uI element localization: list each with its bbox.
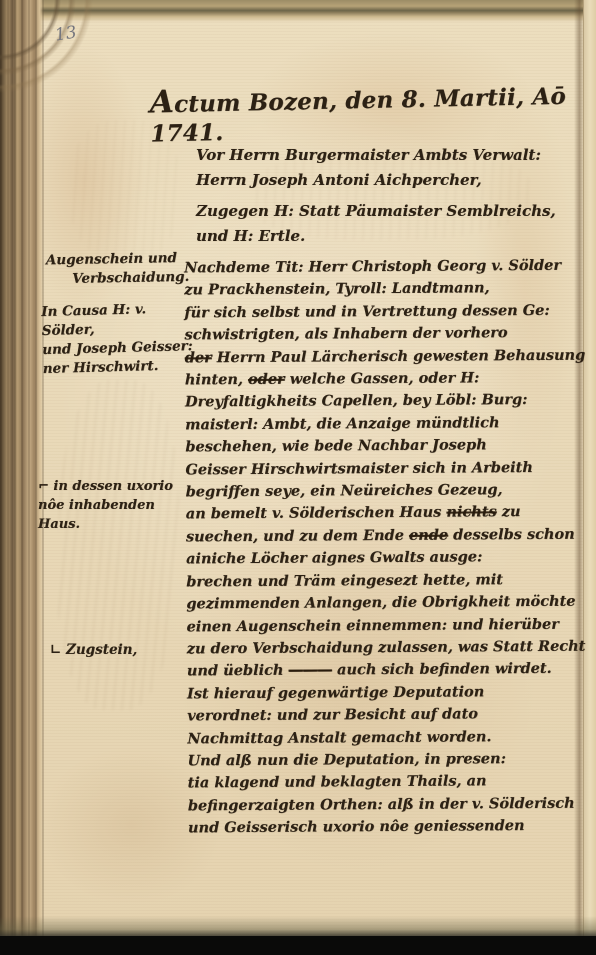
body-line-text: und üeblich [187, 662, 289, 680]
manuscript-scan: 13 Actum Bozen, den 8. Martii, Aō 1741. … [0, 0, 596, 955]
body-line: suechen, und zu dem Ende ende desselbs s… [186, 523, 586, 548]
present-line: Herrn Joseph Antoni Aichpercher, [196, 168, 586, 193]
stacked-page-corners [0, 0, 120, 120]
body-line: an bemelt v. Sölderischen Haus nichts zu [186, 501, 586, 526]
heading-initial: A [149, 84, 174, 121]
body-line: Nachdeme Tit: Herr Christoph Georg v. Sö… [184, 255, 584, 280]
body-line-text: an bemelt v. Sölderischen Haus [186, 504, 447, 523]
body-line: befingerzaigten Orthen: alß in der v. Sö… [188, 792, 588, 817]
body-line: verordnet: und zur Besicht auf dato [187, 703, 587, 728]
body-line: und Geisserisch uxorio nôe geniessenden [188, 815, 588, 840]
present-line: Zugegen H: Statt Päumaister Semblreichs, [196, 199, 586, 224]
margin-note: Augenschein und Verbschaidung. [46, 249, 202, 290]
present-line: Vor Herrn Burgermaister Ambts Verwalt: [196, 143, 586, 168]
body-line: und üeblich ——— auch sich befinden wirde… [187, 658, 587, 683]
margin-note-line: Haus. [38, 515, 193, 534]
deleted-word: oder [248, 371, 285, 388]
body-line: maisterl: Ambt, die Anzaige mündtlich [185, 411, 585, 436]
persons-present-block: Vor Herrn Burgermaister Ambts Verwalt: H… [196, 143, 586, 249]
body-line-text: welche Gassen, oder H: [285, 369, 480, 387]
body-line: Ist hierauf gegenwärtige Deputation [187, 680, 587, 705]
margin-note-line: ∟ Zugstein, [50, 641, 205, 660]
body-line: Dreyfaltigkheits Capellen, bey Löbl: Bur… [185, 389, 585, 414]
body-line-text: auch sich befinden wirdet. [332, 660, 552, 679]
deleted-word: ende [409, 526, 448, 543]
heading-text: ctum Bozen, den 8. Martii, Aō 1741. [150, 83, 566, 148]
body-line: einen Augenschein einnemmen: und hierübe… [186, 613, 586, 638]
margin-note-line: ⌐ in dessen uxorio [38, 477, 193, 496]
body-line: zu Prackhenstein, Tyroll: Landtmann, [184, 277, 584, 302]
pencil-folio-number: 13 [54, 22, 79, 45]
ink-bleedthrough [54, 378, 183, 711]
body-line: beschehen, wie bede Nachbar Joseph [185, 434, 585, 459]
record-heading: Actum Bozen, den 8. Martii, Aō 1741. [149, 76, 580, 148]
scanner-background [0, 936, 596, 955]
body-line-text: suechen, und zu dem Ende [186, 527, 409, 546]
body-line-text: hinten, [185, 371, 248, 388]
deleted-word: nichts [446, 504, 496, 521]
body-line: Und alß nun die Deputation, in presen: [187, 748, 587, 773]
body-line: begriffen seye, ein Neüreiches Gezeug, [186, 479, 586, 504]
body-line: Geisser Hirschwirtsmaister sich in Arbei… [185, 456, 585, 481]
body-line: gezimmenden Anlangen, die Obrigkheit möc… [186, 591, 586, 616]
body-line: für sich selbst und in Vertrettung desse… [184, 299, 584, 324]
body-line: zu dero Verbschaidung zulassen, was Stat… [187, 636, 587, 661]
body-line: Nachmittag Anstalt gemacht worden. [187, 725, 587, 750]
body-line: hinten, oder welche Gassen, oder H: [185, 367, 585, 392]
body-line: tia klagend und beklagten Thails, an [188, 770, 588, 795]
body-line-text: desselbs schon [448, 526, 575, 544]
margin-note: ∟ Zugstein, [50, 641, 205, 660]
margin-note: ⌐ in dessen uxorio nôe inhabenden Haus. [38, 477, 193, 534]
margin-note: In Causa H: v. Sölder, und Joseph Geisse… [41, 299, 198, 379]
body-line: ainiche Löcher aignes Gwalts ausge: [186, 546, 586, 571]
page-bottom-deckle [0, 916, 596, 938]
illegible-deletion: ——— [288, 662, 332, 679]
body-line-text: zu [497, 504, 521, 521]
body-line: schwistrigten, als Inhabern der vorhero [184, 322, 584, 347]
deleted-word: der [185, 349, 212, 366]
body-line: der Herrn Paul Lärcherisch gewesten Beha… [185, 344, 585, 369]
body-line-text: Herrn Paul Lärcherisch gewesten Behausun… [212, 346, 586, 366]
body-line: brechen und Träm eingesezt hette, mit [186, 568, 586, 593]
margin-note-line: In Causa H: v. Sölder, [41, 299, 197, 341]
book-spine-gutter [0, 0, 44, 938]
body-text-block: Nachdeme Tit: Herr Christoph Georg v. Sö… [184, 255, 588, 840]
margin-note-line: nôe inhabenden [38, 496, 193, 515]
margin-note-line: ner Hirschwirt. [43, 356, 198, 379]
margin-note-line: Verbschaidung. [46, 268, 201, 290]
present-line: und H: Ertle. [196, 224, 586, 249]
margin-note-line: und Joseph Geisser: [42, 337, 197, 360]
